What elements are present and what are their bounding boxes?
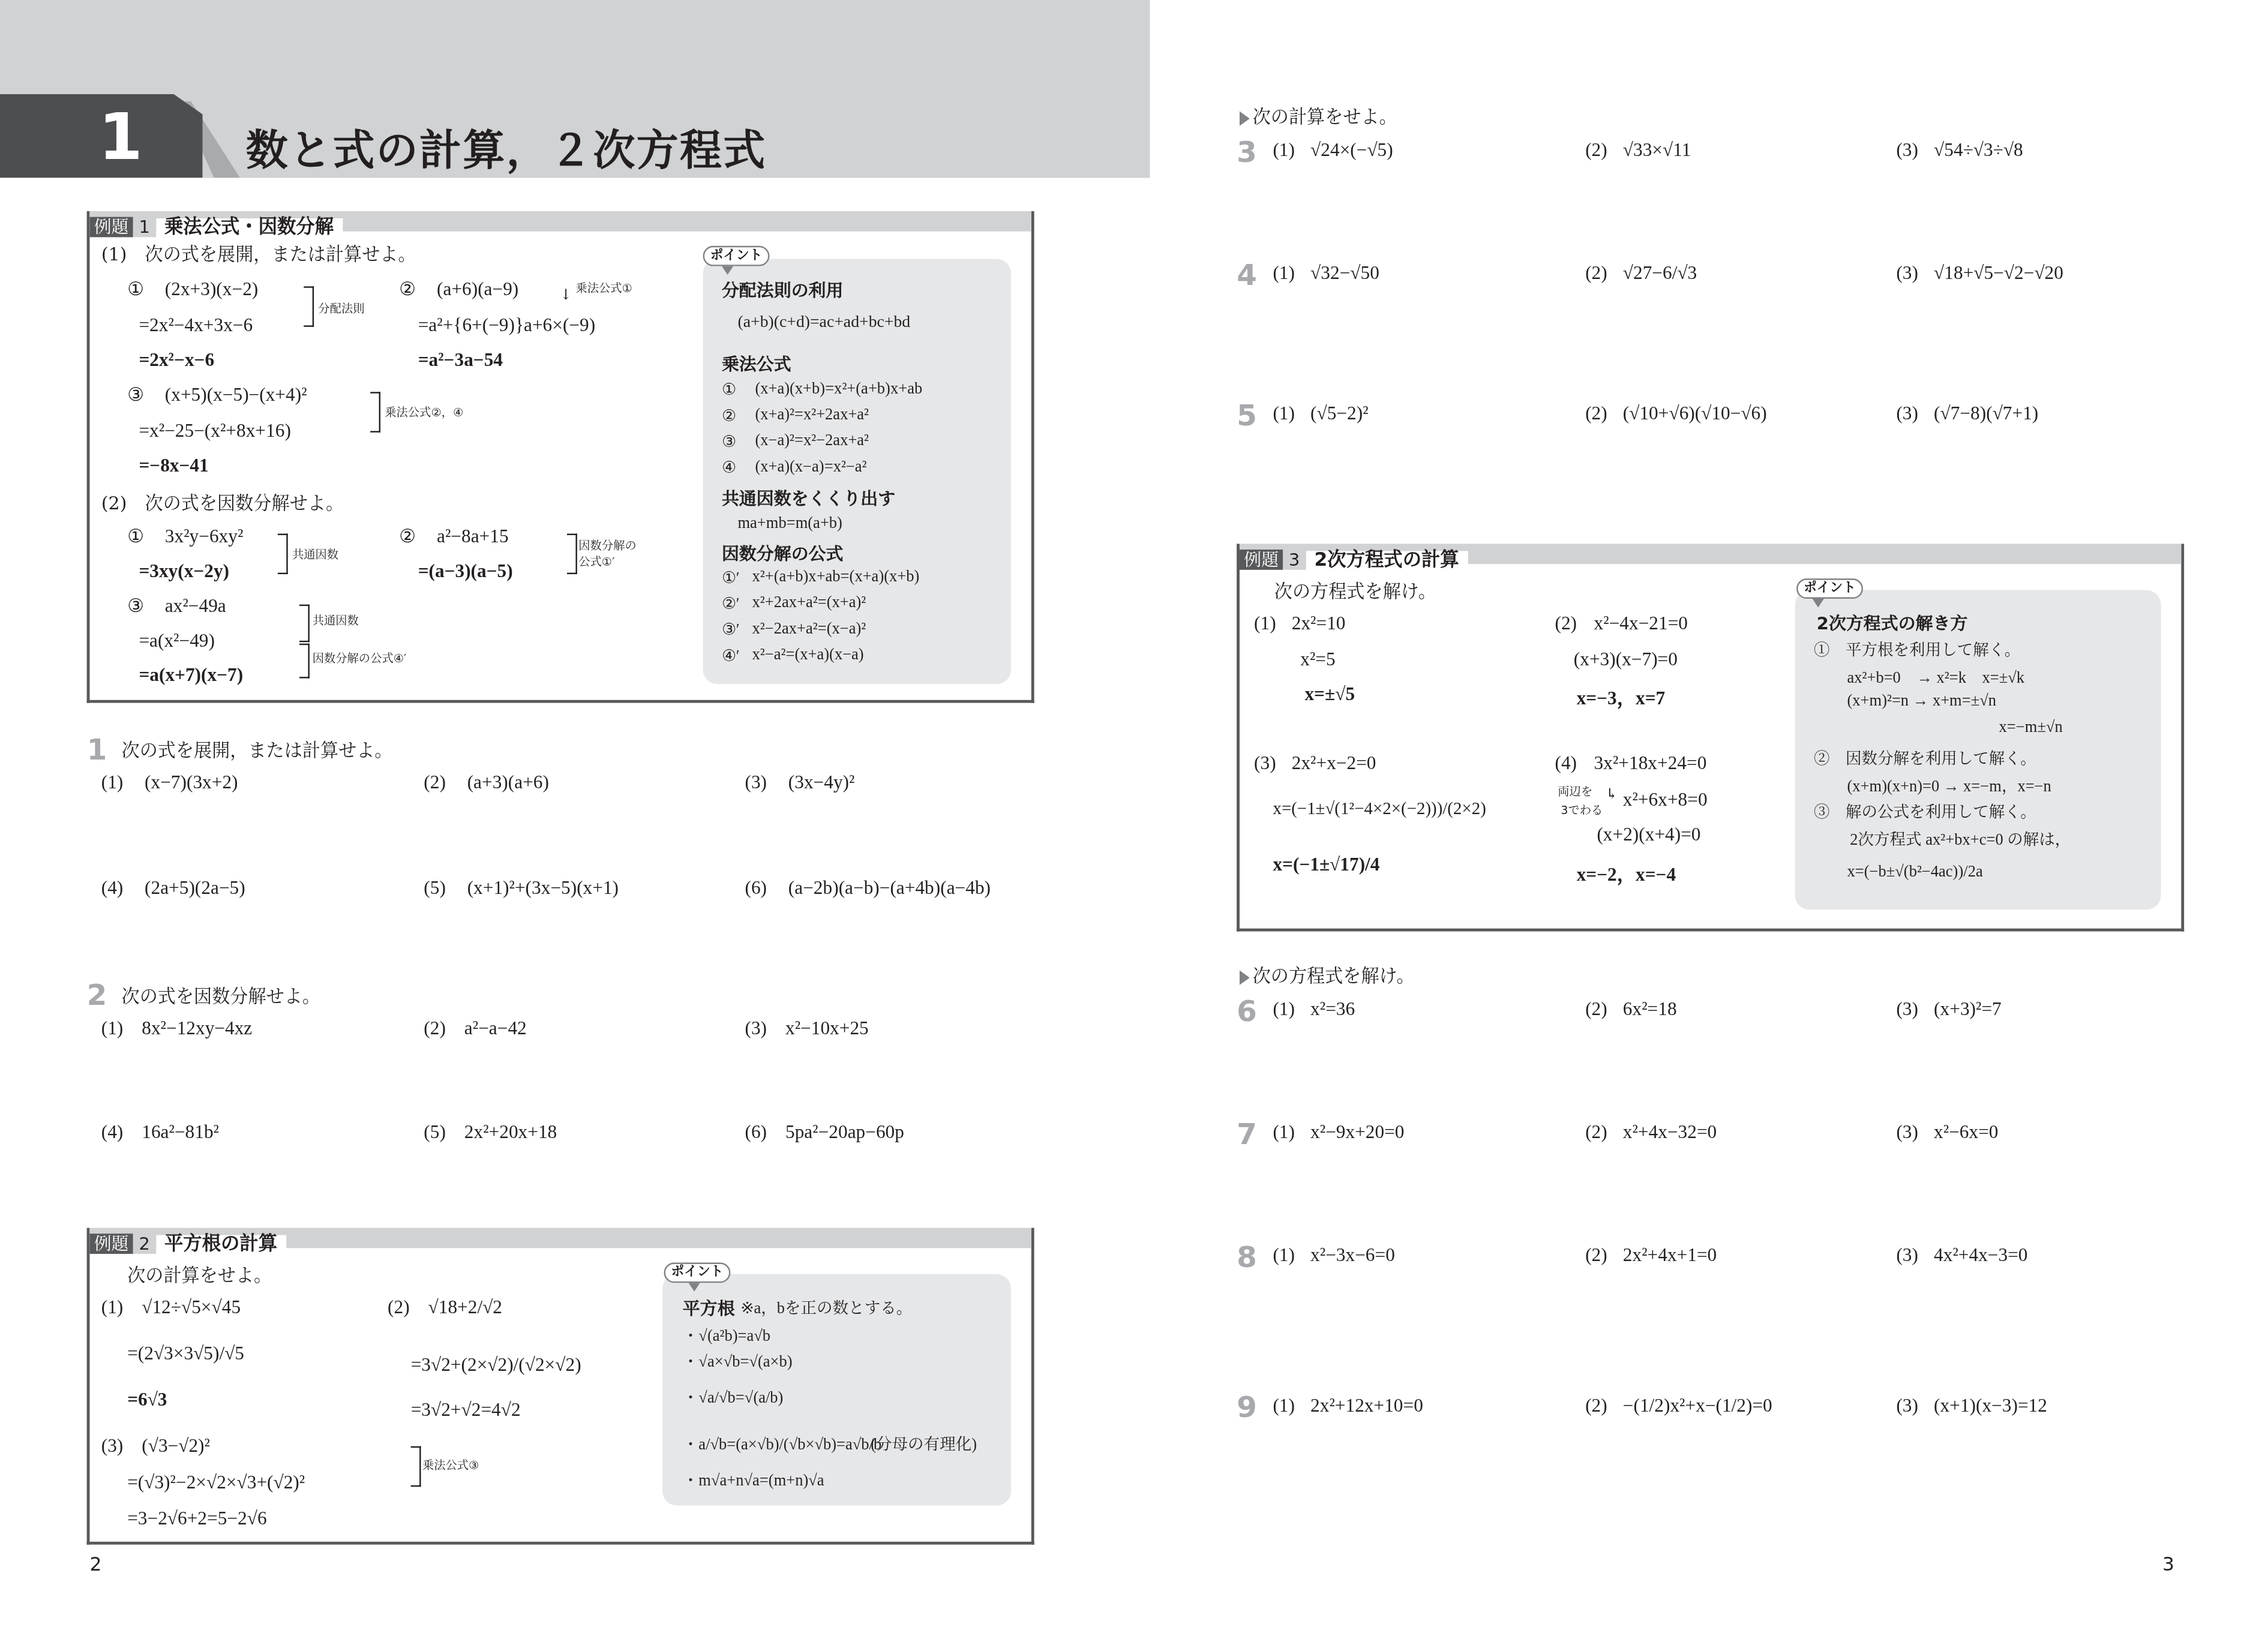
point-tag-pointer (688, 1283, 700, 1291)
expr-answer: x=−3，x=7 (1577, 683, 1666, 710)
point-heading: 2次方程式の解き方 (1817, 610, 1968, 635)
example-1-header: 例題1乗法公式・因数分解 (89, 211, 1031, 232)
item-num: (1) (1273, 139, 1295, 162)
item-expr: √54÷√3÷√8 (1934, 139, 2023, 162)
expr-line: (x+3)(x−7)=0 (1574, 648, 1678, 671)
formula: x²+2ax+a²=(x+a)² (752, 595, 866, 612)
rationalize-note: (分母の有理化) (871, 1432, 977, 1455)
item-expr: 2x²+12x+10=0 (1310, 1394, 1423, 1418)
item-expr: x²=36 (1310, 998, 1355, 1021)
formula: ma+mb=m(a+b) (737, 515, 842, 532)
item-expr: 8x²−12xy−4xz (142, 1017, 252, 1040)
item-expr: 4x²+4x−3=0 (1934, 1244, 2027, 1267)
item-num: (5) (424, 1121, 446, 1144)
example-number: 1 (133, 217, 156, 238)
expr-line: (x+2)(x+4)=0 (1597, 823, 1700, 846)
textbook-spread: 1 数と式の計算，２次方程式 例題1乗法公式・因数分解 (1) 次の式を展開，ま… (0, 0, 2268, 1636)
item-num: (2) (388, 1296, 410, 1319)
item-expr: √27−6/√3 (1623, 262, 1697, 285)
item-expr: x²−6x=0 (1934, 1121, 1998, 1144)
method-title: ③ 解の公式を利用して解く。 (1814, 800, 2036, 823)
formula: x=(−b±√(b²−4ac))/2a (1847, 863, 1982, 881)
bracket-arrow (299, 605, 310, 643)
section-prompt-text: 次の方程式を解け。 (1253, 965, 1415, 986)
formula: (x+m)(x+n)=0 → x=−m，x=−n (1847, 774, 2051, 797)
item-num: (2) (1585, 1394, 1607, 1418)
bracket-arrow (278, 534, 288, 574)
triangle-bullet-icon (1240, 969, 1250, 984)
annotation: 乗法公式③ (422, 1458, 479, 1474)
formula: x=−m±√n (1999, 719, 2063, 736)
question-number: 3 (1237, 134, 1257, 169)
item-num: (1) (1273, 1244, 1295, 1267)
item-num: (5) (424, 876, 446, 900)
item-expr: a²−a−42 (464, 1017, 527, 1040)
item-expr: √32−√50 (1310, 262, 1379, 285)
item-num: (2) (1585, 139, 1607, 162)
section-prompt-text: 次の計算をせよ。 (1253, 106, 1397, 127)
item-num: (3) (1896, 998, 1918, 1021)
formula: (x+m)²=n → x+m=±√n (1847, 693, 1996, 710)
question-number: 5 (1237, 398, 1257, 433)
item-num: (3) (101, 1434, 124, 1458)
example-title: 乗法公式・因数分解 (156, 218, 343, 239)
expr-line: 3x²y−6xy² (165, 525, 244, 548)
section-prompt-eq: 次の方程式を解け。 (1240, 962, 1415, 987)
annotation: 因数分解の公式④′ (313, 651, 407, 667)
item-num: (1) (1254, 612, 1276, 635)
item-num: (3) (1896, 402, 1918, 425)
point-heading: 共通因数をくくり出す (722, 486, 895, 511)
item-expr: √24×(−√5) (1310, 139, 1393, 162)
question-number: 4 (1237, 257, 1257, 292)
expr-line: =x²−25−(x²+8x+16) (139, 419, 290, 443)
formula-num: ①′ (722, 568, 740, 587)
item-num: (1) (101, 771, 124, 794)
annotation: 共通因数 (313, 613, 359, 629)
circled-num: ③ (127, 595, 144, 618)
question-number: 2 (87, 978, 107, 1013)
sqrt-rule: ・m√a+n√a=(m+n)√a (683, 1468, 824, 1491)
annotation: 3でわる (1561, 803, 1603, 819)
item-num: (2) (1585, 1121, 1607, 1144)
item-num: (2) (1585, 998, 1607, 1021)
expr-answer: x=(−1±√17)/4 (1273, 853, 1379, 876)
item-expr: √18+√5−√2−√20 (1934, 262, 2063, 285)
formula: (x+a)(x+b)=x²+(a+b)x+ab (755, 380, 922, 398)
expr-answer: =−8x−41 (139, 454, 208, 478)
item-expr: x²−9x+20=0 (1310, 1121, 1404, 1144)
example-label: 例題 (89, 217, 133, 238)
expr-line: √12÷√5×√45 (142, 1296, 241, 1319)
sqrt-rule: ・√(a²b)=a√b (683, 1323, 770, 1347)
formula-num: ④′ (722, 647, 740, 665)
item-num: (2) (424, 1017, 446, 1040)
item-num: (3) (1896, 1121, 1918, 1144)
page-number-left: 2 (89, 1555, 101, 1577)
example-1-part2-prompt: (2) 次の式を因数分解せよ。 (101, 489, 344, 515)
point-heading: 乗法公式 (722, 352, 791, 376)
point-condition: ※a，bを正の数とする。 (740, 1296, 912, 1319)
question-number: 7 (1237, 1116, 1257, 1151)
expr-line: x²+6x+8=0 (1623, 788, 1708, 812)
item-expr: (x+1)²+(3x−5)(x+1) (467, 876, 619, 900)
expr-line: (a+6)(a−9) (437, 278, 518, 301)
expr-answer: x=−2，x=−4 (1577, 859, 1676, 887)
item-num: (1) (101, 1017, 124, 1040)
expr-line: x=(−1±√(1²−4×2×(−2)))/(2×2) (1273, 799, 1486, 820)
question-number: 9 (1237, 1390, 1257, 1425)
circled-num: ② (399, 525, 416, 548)
expr-answer: =a²−3a−54 (418, 349, 503, 372)
item-num: (4) (101, 1121, 124, 1144)
example-title: 平方根の計算 (156, 1235, 286, 1256)
circled-num: ② (399, 278, 416, 301)
formula: 2次方程式 ax²+bx+c=0 の解は， (1850, 827, 2071, 851)
expr-answer: =3xy(x−2y) (139, 560, 229, 583)
item-expr: (x−7)(3x+2) (145, 771, 238, 794)
example-number: 2 (133, 1233, 156, 1254)
formula: ax²+b=0 → x²=k x=±√k (1847, 665, 2024, 689)
page-number-right: 3 (2162, 1555, 2174, 1577)
expr-line: =(√3)²−2×√2×√3+(√2)² (127, 1471, 305, 1494)
formula-num: ② (722, 406, 736, 425)
method-title: ② 因数分解を利用して解く。 (1814, 746, 2036, 770)
formula-num: ④ (722, 458, 736, 477)
expr-line: 2x²=10 (1292, 612, 1346, 635)
expr-answer: =a(x+7)(x−7) (139, 664, 243, 688)
item-expr: (a+3)(a+6) (467, 771, 549, 794)
section-prompt-sqrt: 次の計算をせよ。 (1240, 103, 1397, 128)
item-num: (1) (1273, 998, 1295, 1021)
item-num: (3) (745, 1017, 767, 1040)
point-heading: 因数分解の公式 (722, 541, 844, 566)
item-expr: 16a²−81b² (142, 1121, 219, 1144)
item-expr: (3x−4y)² (788, 771, 855, 794)
formula-num: ③ (722, 433, 736, 451)
formula-num: ① (722, 380, 736, 399)
question-number: 1 (87, 732, 107, 767)
down-arrow-icon: ↓ (560, 288, 572, 304)
item-expr: (2a+5)(2a−5) (145, 876, 245, 900)
item-num: (3) (745, 771, 767, 794)
point-heading: 分配法則の利用 (722, 278, 844, 302)
item-num: (2) (1585, 402, 1607, 425)
right-arrow-icon: ↳ (1606, 787, 1618, 803)
formula: (x+a)(x−a)=x²−a² (755, 458, 866, 476)
example-3-prompt: 次の方程式を解け。 (1274, 577, 1436, 603)
expr-answer: =3√2+√2=4√2 (411, 1398, 521, 1422)
annotation: 乗法公式① (575, 281, 632, 297)
example-title: 2次方程式の計算 (1306, 551, 1468, 571)
expr-line: =a²+{6+(−9)}a+6×(−9) (418, 314, 595, 337)
expr-line: (√3−√2)² (142, 1434, 210, 1458)
question-prompt: 次の式を因数分解せよ。 (121, 982, 320, 1008)
expr-line: =a(x²−49) (139, 629, 215, 653)
formula: (x+a)²=x²+2ax+a² (755, 406, 869, 424)
item-expr: 6x²=18 (1623, 998, 1677, 1021)
expr-line: √18+2/√2 (428, 1296, 502, 1319)
item-num: (2) (1585, 262, 1607, 285)
formula: x²−a²=(x+a)(x−a) (752, 647, 864, 664)
item-num: (3) (1896, 139, 1918, 162)
formula: (a+b)(c+d)=ac+ad+bc+bd (737, 314, 910, 331)
expr-answer: =3−2√6+2=5−2√6 (127, 1507, 266, 1530)
bracket-arrow (567, 534, 577, 574)
triangle-bullet-icon (1240, 110, 1250, 125)
item-num: (1) (1273, 1121, 1295, 1144)
circled-num: ③ (127, 383, 144, 407)
example-3-header: 例題32次方程式の計算 (1240, 544, 2181, 564)
item-num: (6) (745, 1121, 767, 1144)
item-num: (3) (1896, 1394, 1918, 1418)
item-expr: −(1/2)x²+x−(1/2)=0 (1623, 1394, 1772, 1418)
expr-line: =3√2+(2×√2)/(√2×√2) (411, 1353, 581, 1377)
question-number: 8 (1237, 1239, 1257, 1274)
expr-line: (x+5)(x−5)−(x+4)² (165, 383, 307, 407)
point-tag: ポイント (664, 1263, 731, 1283)
point-tag-pointer (1813, 599, 1824, 607)
annotation: 因数分解の公式①′ (578, 538, 645, 570)
formula-num: ③′ (722, 620, 740, 639)
expr-line: 3x²+18x+24=0 (1594, 752, 1707, 776)
item-num: (1) (1273, 402, 1295, 425)
circled-num: ① (127, 278, 144, 301)
annotation: 共通因数 (292, 547, 338, 563)
item-num: (1) (1273, 262, 1295, 285)
example-label: 例題 (1240, 550, 1283, 570)
example-number: 3 (1283, 550, 1306, 570)
chapter-number: 1 (98, 101, 143, 175)
item-expr: 2x²+4x+1=0 (1623, 1244, 1717, 1267)
expr-line: x²=5 (1300, 648, 1335, 671)
example-2-prompt: 次の計算をせよ。 (127, 1261, 272, 1287)
item-expr: (x+1)(x−3)=12 (1934, 1394, 2047, 1418)
bracket-arrow (304, 286, 314, 326)
point-tag-pointer (722, 266, 733, 275)
item-num: (2) (424, 771, 446, 794)
item-expr: x²+4x−32=0 (1623, 1121, 1717, 1144)
item-num: (4) (101, 876, 124, 900)
item-expr: (√10+√6)(√10−√6) (1623, 402, 1767, 425)
sqrt-rule: ・a/√b=(a×√b)/(√b×√b)=a√b/b (683, 1432, 881, 1455)
expr-answer: x=±√5 (1304, 683, 1355, 706)
item-expr: 5pa²−20ap−60p (785, 1121, 904, 1144)
item-num: (1) (101, 1296, 124, 1319)
formula: x²−2ax+a²=(x−a)² (752, 620, 866, 638)
item-expr: √33×√11 (1623, 139, 1691, 162)
item-expr: x²−3x−6=0 (1310, 1244, 1395, 1267)
annotation: 分配法則 (318, 301, 364, 317)
item-expr: 2x²+20x+18 (464, 1121, 557, 1144)
item-expr: x²−10x+25 (785, 1017, 869, 1040)
formula-num: ②′ (722, 595, 740, 613)
expr-line: ax²−49a (165, 595, 226, 618)
question-prompt: 次の式を展開，または計算せよ。 (121, 736, 392, 762)
formula: (x−a)²=x²−2ax+a² (755, 433, 869, 450)
item-num: (2) (1555, 612, 1577, 635)
method-title: ① 平方根を利用して解く。 (1814, 638, 2020, 661)
point-heading: 平方根 (683, 1296, 735, 1320)
item-expr: (√7−8)(√7+1) (1934, 402, 2038, 425)
expr-line: =2x²−4x+3x−6 (139, 314, 253, 337)
example-label: 例題 (89, 1233, 133, 1254)
example-1-part1-prompt: (1) 次の式を展開，または計算せよ。 (101, 240, 416, 266)
point-tag: ポイント (703, 246, 770, 266)
example-2-header: 例題2平方根の計算 (89, 1228, 1031, 1248)
item-num: (6) (745, 876, 767, 900)
item-expr: (√5−2)² (1310, 402, 1369, 425)
bracket-arrow (299, 644, 310, 679)
item-num: (3) (1896, 1244, 1918, 1267)
sqrt-rule: ・√a/√b=√(a/b) (683, 1385, 784, 1409)
expr-line: a²−8a+15 (437, 525, 509, 548)
point-tag: ポイント (1796, 578, 1863, 599)
annotation: 両辺を (1558, 784, 1592, 800)
expr-answer: =6√3 (127, 1388, 167, 1412)
expr-line: =(2√3×3√5)/√5 (127, 1342, 244, 1365)
chapter-title: 数と式の計算，２次方程式 (246, 119, 767, 178)
item-num: (2) (1585, 1244, 1607, 1267)
item-expr: (x+3)²=7 (1934, 998, 2002, 1021)
expr-line: (2x+3)(x−2) (165, 278, 258, 301)
question-number: 6 (1237, 993, 1257, 1028)
annotation: 乗法公式②，④ (385, 405, 463, 421)
expr-line: 2x²+x−2=0 (1292, 752, 1376, 776)
item-expr: (a−2b)(a−b)−(a+4b)(a−4b) (788, 876, 991, 900)
bracket-arrow (370, 392, 380, 432)
circled-num: ① (127, 525, 144, 548)
expr-answer: =2x²−x−6 (139, 349, 214, 372)
item-num: (3) (1254, 752, 1276, 776)
bracket-arrow (411, 1446, 421, 1487)
expr-line: x²−4x−21=0 (1594, 612, 1688, 635)
formula: x²+(a+b)x+ab=(x+a)(x+b) (752, 568, 920, 586)
item-num: (4) (1555, 752, 1577, 776)
item-num: (1) (1273, 1394, 1295, 1418)
sqrt-rule: ・√a×√b=√(a×b) (683, 1349, 793, 1373)
item-num: (3) (1896, 262, 1918, 285)
expr-answer: =(a−3)(a−5) (418, 560, 513, 583)
